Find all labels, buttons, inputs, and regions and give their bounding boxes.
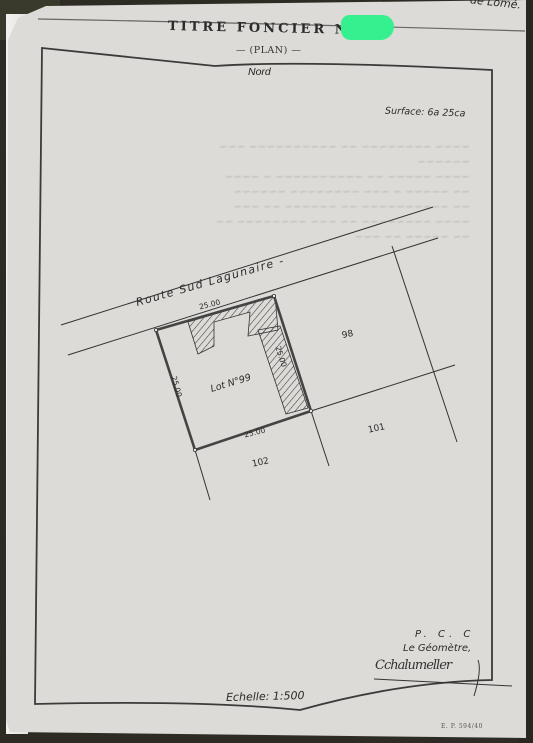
- pcc-label: P. C. C: [415, 629, 474, 640]
- surveyor-signature: Cchalumeller: [375, 658, 451, 673]
- surveyor-label: Le Géomètre,: [403, 643, 471, 654]
- scale-label: Echelle: 1:500: [226, 689, 305, 704]
- north-label: Nord: [248, 66, 271, 78]
- form-reference: E. P. 594/40: [441, 723, 483, 730]
- building-hatched-b: [258, 326, 308, 414]
- plan-frame: [35, 48, 492, 710]
- redaction-mark: [341, 15, 394, 40]
- document-subtitle: — (PLAN) —: [236, 45, 301, 56]
